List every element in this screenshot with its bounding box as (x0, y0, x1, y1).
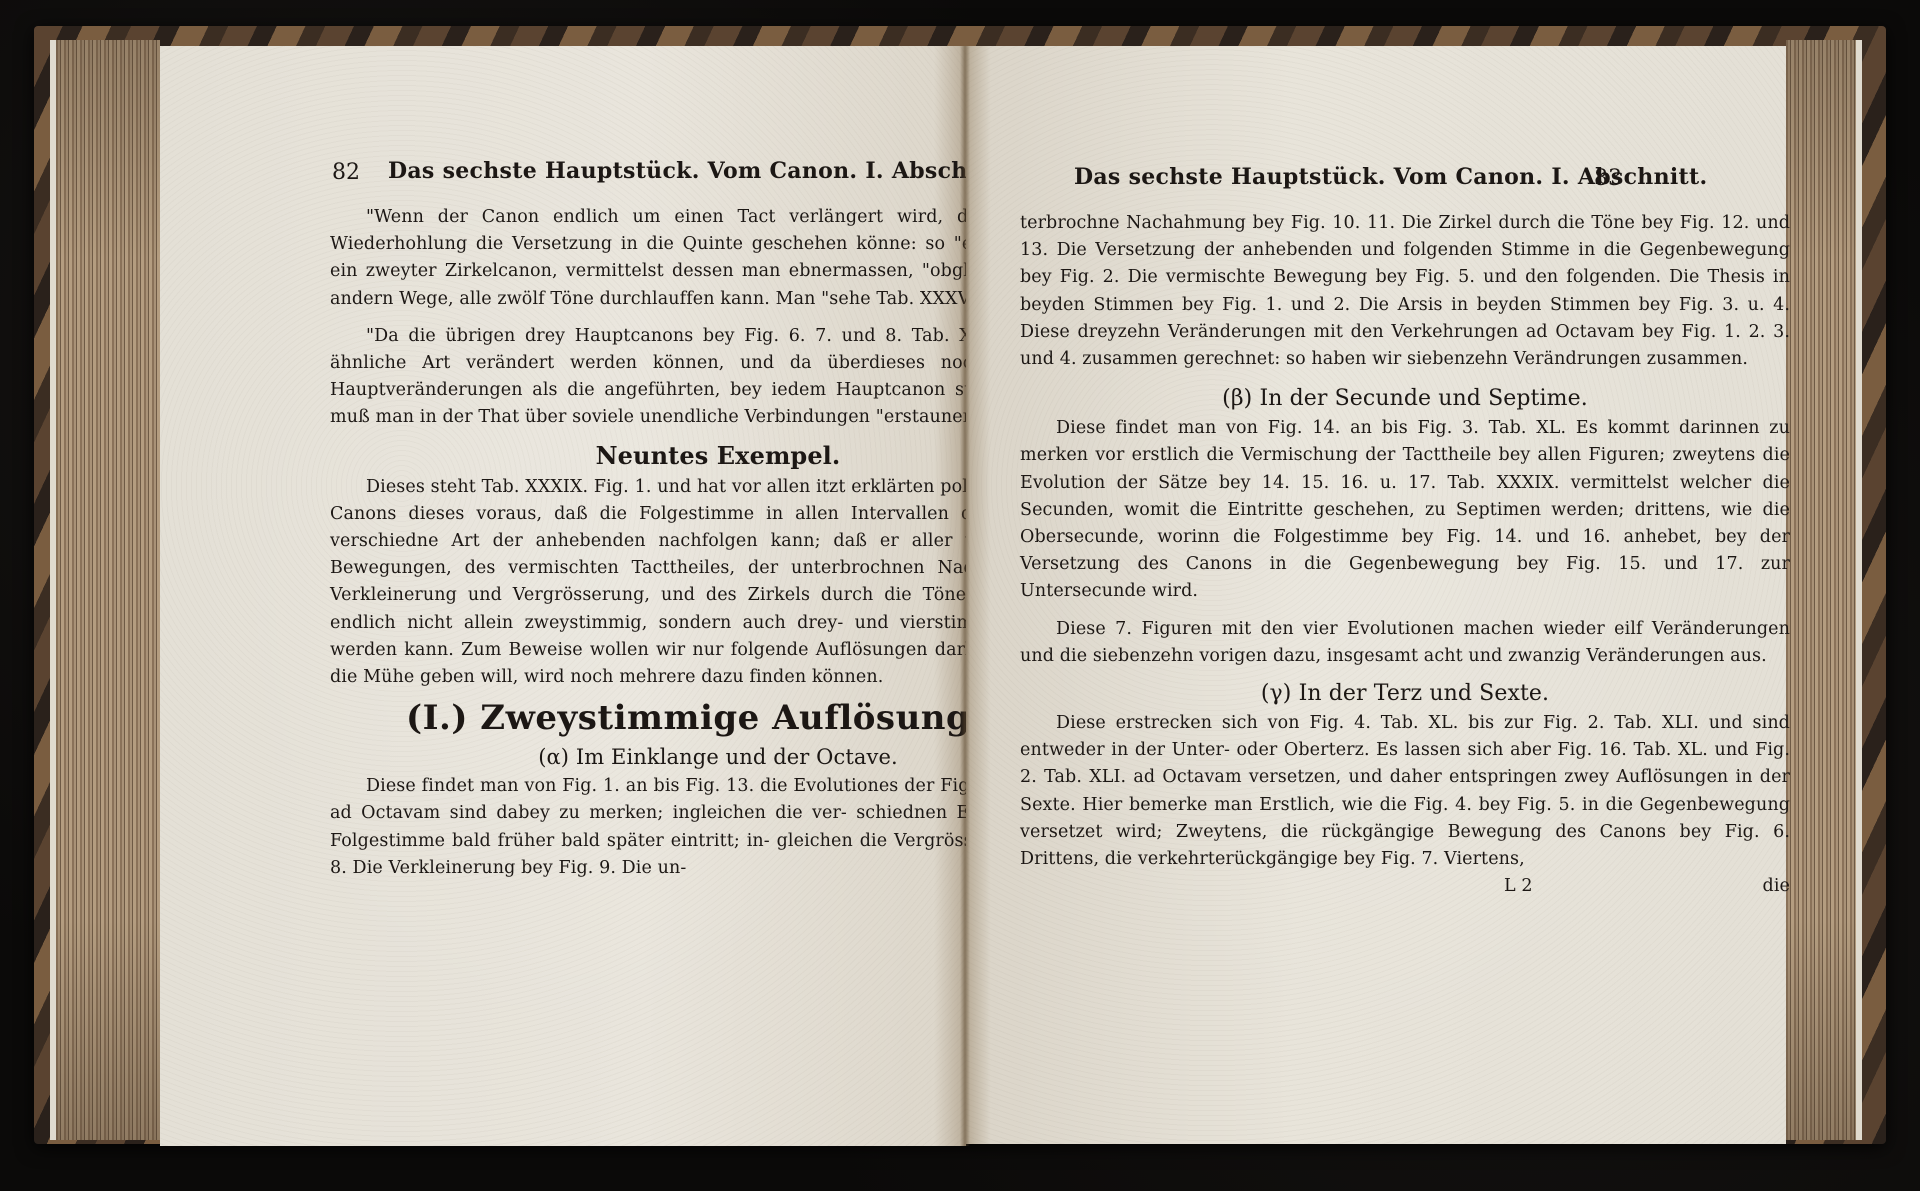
left-fore-edge (56, 40, 160, 1140)
signature-mark: L 2 (1504, 873, 1533, 900)
running-head: Das sechste Hauptstück. Vom Canon. I. Ab… (388, 158, 1021, 184)
page-number: 82 (332, 160, 360, 185)
paragraph: Diese 7. Figuren mit den vier Evolutione… (1020, 616, 1790, 670)
catchword: die (1763, 873, 1790, 900)
page-footer: L 2 die (1020, 873, 1790, 900)
right-page: Das sechste Hauptstück. Vom Canon. I. Ab… (966, 46, 1786, 1144)
subheading: (β) In der Secunde und Septime. (1020, 383, 1790, 415)
right-fore-edge (1786, 40, 1856, 1140)
left-page: 82 Das sechste Hauptstück. Vom Canon. I.… (160, 46, 966, 1146)
book-gutter (960, 46, 970, 1146)
paragraph: Diese findet man von Fig. 14. an bis Fig… (1020, 415, 1790, 605)
page-number: 83 (1594, 166, 1622, 191)
subheading: (γ) In der Terz und Sexte. (1020, 678, 1790, 710)
paragraph: Diese erstrecken sich von Fig. 4. Tab. X… (1020, 710, 1790, 873)
right-page-body: terbrochne Nachahmung bey Fig. 10. 11. D… (1020, 210, 1790, 900)
paragraph: terbrochne Nachahmung bey Fig. 10. 11. D… (1020, 210, 1790, 373)
